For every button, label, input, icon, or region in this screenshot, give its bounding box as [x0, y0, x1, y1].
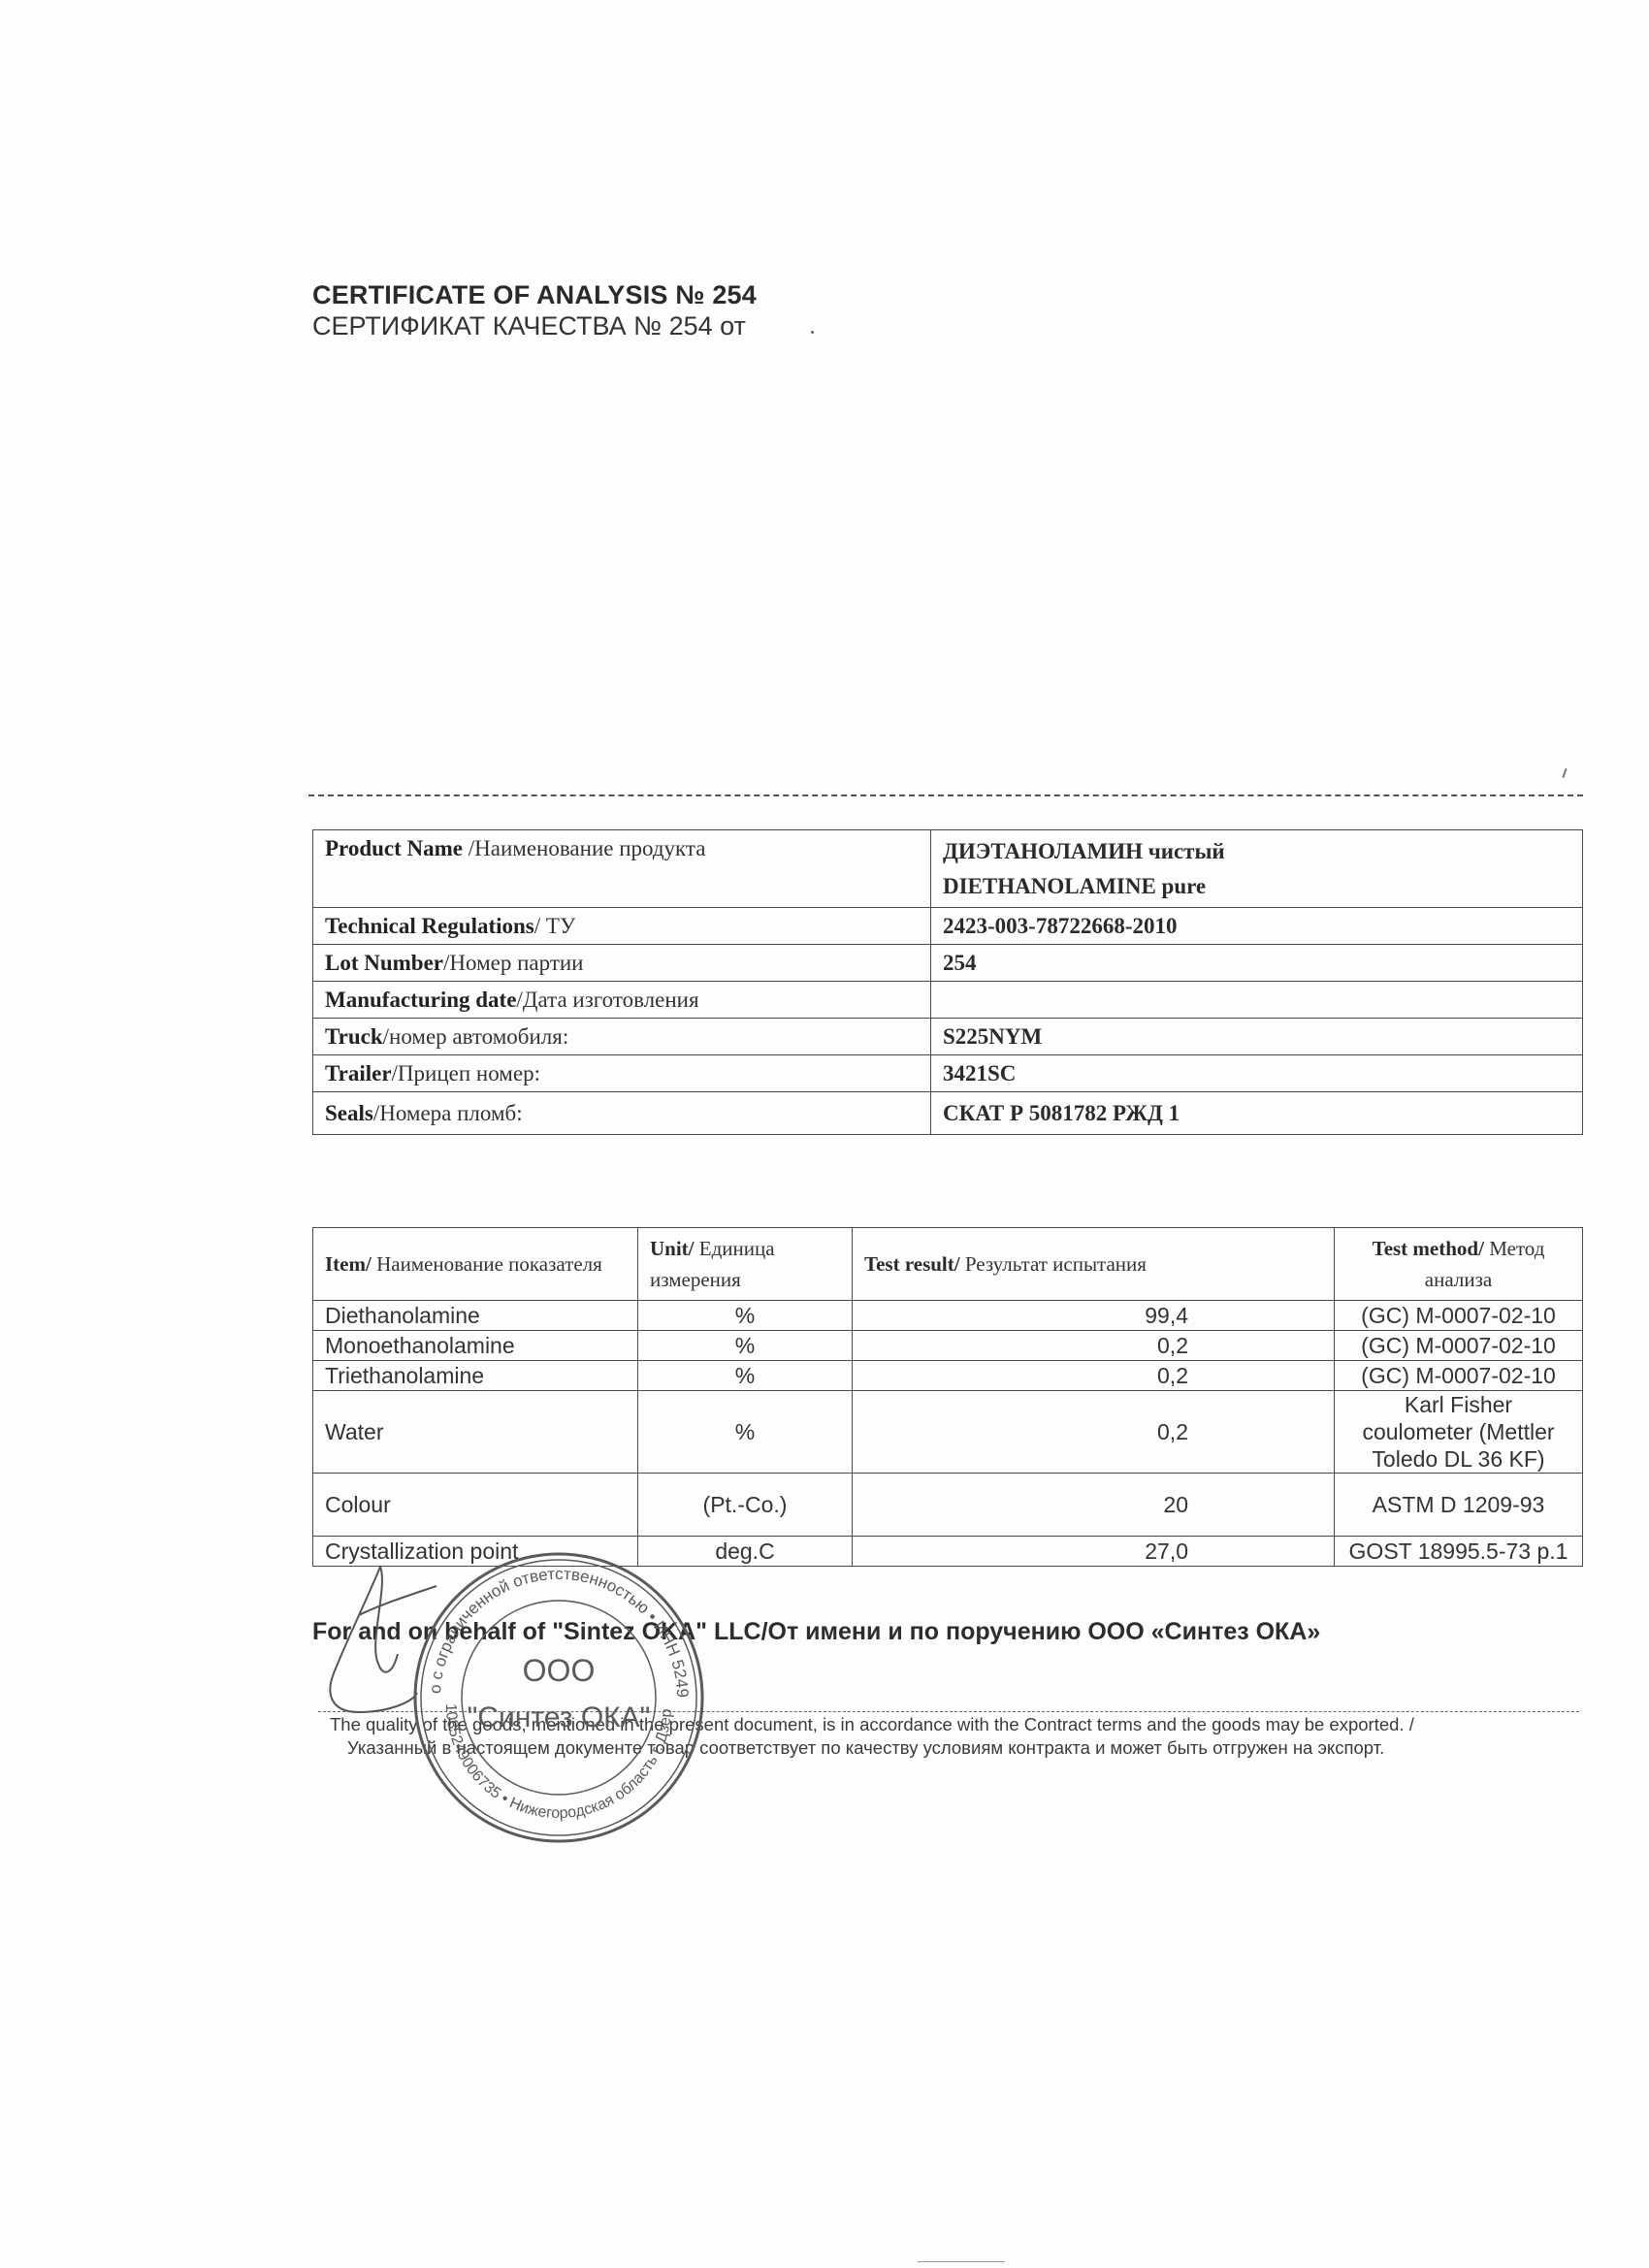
divider-top [308, 794, 1583, 796]
technical-regulations-label: Technical Regulations/ ТУ [313, 908, 931, 945]
unit-cell: (Pt.-Co.) [638, 1474, 853, 1537]
item-cell: Triethanolamine [313, 1361, 638, 1391]
item-cell: Crystallization point [313, 1537, 638, 1567]
table-row: Colour (Pt.-Co.) 20 ASTM D 1209-93 [313, 1474, 1583, 1537]
table-row: Water % 0,2 Karl Fisher coulometer (Mett… [313, 1391, 1583, 1474]
scan-speck [811, 331, 814, 334]
table-row: Crystallization point deg.C 27,0 GOST 18… [313, 1537, 1583, 1567]
header-test-result: Test result/ Результат испытания [853, 1228, 1335, 1301]
unit-cell: % [638, 1391, 853, 1474]
quality-statement-ru: Указанный в настоящем документе товар со… [330, 1736, 1581, 1760]
method-cell: (GC) M-0007-02-10 [1335, 1331, 1583, 1361]
title-english: CERTIFICATE OF ANALYSIS № 254 [312, 279, 757, 310]
table-row: Lot Number/Номер партии 254 [313, 945, 1583, 982]
company-stamp: Общество с ограниченной ответственностью… [411, 1550, 706, 1845]
manufacturing-date-value [931, 982, 1583, 1019]
seals-value: СКАТ Р 5081782 РЖД 1 [931, 1092, 1583, 1135]
truck-value: S225NYM [931, 1019, 1583, 1055]
unit-cell: % [638, 1301, 853, 1331]
table-row: Truck/номер автомобиля: S225NYM [313, 1019, 1583, 1055]
product-info-table: Product Name /Наименование продукта ДИЭТ… [312, 829, 1583, 1135]
unit-cell: % [638, 1361, 853, 1391]
certificate-title: CERTIFICATE OF ANALYSIS № 254 СЕРТИФИКАТ… [312, 279, 757, 341]
table-row: Diethanolamine % 99,4 (GC) M-0007-02-10 [313, 1301, 1583, 1331]
method-cell: ASTM D 1209-93 [1335, 1474, 1583, 1537]
result-cell: 20 [853, 1474, 1335, 1537]
lot-number-label: Lot Number/Номер партии [313, 945, 931, 982]
truck-label: Truck/номер автомобиля: [313, 1019, 931, 1055]
title-russian: СЕРТИФИКАТ КАЧЕСТВА № 254 от [312, 310, 757, 341]
method-cell: GOST 18995.5-73 p.1 [1335, 1537, 1583, 1567]
table-row: Manufacturing date/Дата изготовления [313, 982, 1583, 1019]
header-unit: Unit/ Единица измерения [638, 1228, 853, 1301]
table-header-row: Item/ Наименование показателя Unit/ Един… [313, 1228, 1583, 1301]
divider-bottom [318, 1711, 1579, 1712]
header-test-method: Test method/ Метод анализа [1335, 1228, 1583, 1301]
table-row: Technical Regulations/ ТУ 2423-003-78722… [313, 908, 1583, 945]
product-name-label: Product Name /Наименование продукта [313, 830, 931, 908]
stamp-ring-bottom: ОГРН 1085249006735 • Нижегородская облас… [411, 1550, 675, 1822]
result-cell: 0,2 [853, 1331, 1335, 1361]
product-name-value: ДИЭТАНОЛАМИН чистый DIETHANOLAMINE pure [931, 830, 1583, 908]
specification-table: Item/ Наименование показателя Unit/ Един… [312, 1227, 1583, 1567]
stamp-center-line1: ООО [523, 1653, 596, 1688]
manufacturing-date-label: Manufacturing date/Дата изготовления [313, 982, 931, 1019]
item-cell: Diethanolamine [313, 1301, 638, 1331]
quality-statement: The quality of the goods, mentioned in t… [330, 1713, 1581, 1760]
header-item: Item/ Наименование показателя [313, 1228, 638, 1301]
unit-cell: deg.C [638, 1537, 853, 1567]
result-cell: 0,2 [853, 1361, 1335, 1391]
certificate-page: CERTIFICATE OF ANALYSIS № 254 СЕРТИФИКАТ… [0, 0, 1649, 2268]
result-cell: 0,2 [853, 1391, 1335, 1474]
behalf-statement: For and on behalf of "Sintez OKA" LLC/От… [312, 1618, 1320, 1646]
svg-text:ОГРН 1085249006735 • Нижегород: ОГРН 1085249006735 • Нижегородская облас… [411, 1550, 675, 1822]
item-cell: Monoethanolamine [313, 1331, 638, 1361]
result-cell: 27,0 [853, 1537, 1335, 1567]
item-cell: Colour [313, 1474, 638, 1537]
method-cell: (GC) M-0007-02-10 [1335, 1301, 1583, 1331]
technical-regulations-value: 2423-003-78722668-2010 [931, 908, 1583, 945]
item-cell: Water [313, 1391, 638, 1474]
unit-cell: % [638, 1331, 853, 1361]
footer-mark [918, 2261, 1005, 2262]
table-row: Triethanolamine % 0,2 (GC) M-0007-02-10 [313, 1361, 1583, 1391]
result-cell: 99,4 [853, 1301, 1335, 1331]
method-cell: (GC) M-0007-02-10 [1335, 1361, 1583, 1391]
table-row: Trailer/Прицеп номер: 3421SC [313, 1055, 1583, 1092]
seals-label: Seals/Номера пломб: [313, 1092, 931, 1135]
pen-mark [1562, 768, 1567, 778]
lot-number-value: 254 [931, 945, 1583, 982]
table-row: Product Name /Наименование продукта ДИЭТ… [313, 830, 1583, 908]
trailer-value: 3421SC [931, 1055, 1583, 1092]
table-row: Monoethanolamine % 0,2 (GC) M-0007-02-10 [313, 1331, 1583, 1361]
method-cell: Karl Fisher coulometer (Mettler Toledo D… [1335, 1391, 1583, 1474]
trailer-label: Trailer/Прицеп номер: [313, 1055, 931, 1092]
table-row: Seals/Номера пломб: СКАТ Р 5081782 РЖД 1 [313, 1092, 1583, 1135]
quality-statement-en: The quality of the goods, mentioned in t… [330, 1713, 1581, 1736]
